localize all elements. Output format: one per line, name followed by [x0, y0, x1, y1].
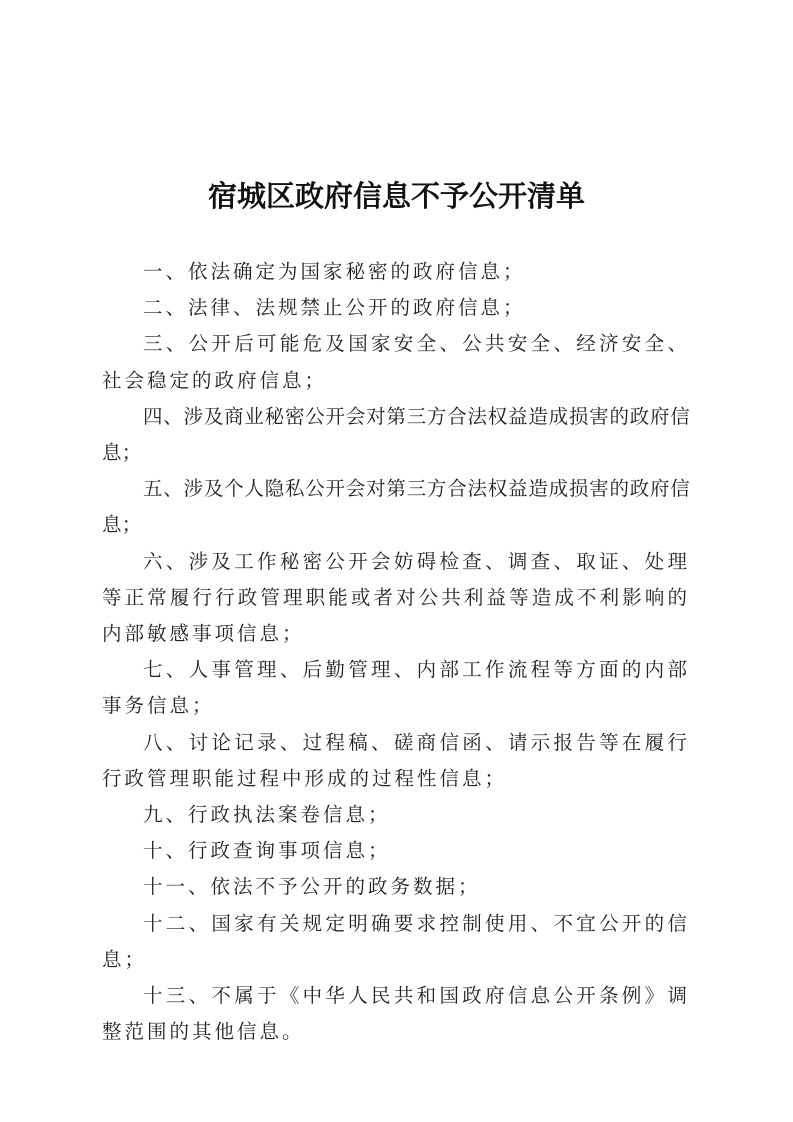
list-item-11: 十一、依法不予公开的政务数据； — [102, 869, 690, 905]
list-item-4: 四、涉及商业秘密公开会对第三方合法权益造成损害的政府信息； — [102, 399, 690, 471]
list-item-12: 十二、国家有关规定明确要求控制使用、不宜公开的信息； — [102, 906, 690, 978]
list-item-6: 六、涉及工作秘密公开会妨碍检查、调查、取证、处理等正常履行行政管理职能或者对公共… — [102, 544, 690, 653]
list-item-10: 十、行政查询事项信息； — [102, 833, 690, 869]
list-item-1: 一、依法确定为国家秘密的政府信息； — [102, 254, 690, 290]
document-page: 宿城区政府信息不予公开清单 一、依法确定为国家秘密的政府信息； 二、法律、法规禁… — [0, 0, 793, 1122]
list-item-13: 十三、不属于《中华人民共和国政府信息公开条例》调整范围的其他信息。 — [102, 978, 690, 1050]
list-item-8: 八、讨论记录、过程稿、磋商信函、请示报告等在履行行政管理职能过程中形成的过程性信… — [102, 725, 690, 797]
list-item-9: 九、行政执法案卷信息； — [102, 797, 690, 833]
list-item-7: 七、人事管理、后勤管理、内部工作流程等方面的内部事务信息； — [102, 652, 690, 724]
list-item-2: 二、法律、法规禁止公开的政府信息； — [102, 290, 690, 326]
list-item-3: 三、公开后可能危及国家安全、公共安全、经济安全、社会稳定的政府信息； — [102, 326, 690, 398]
document-title: 宿城区政府信息不予公开清单 — [0, 176, 793, 216]
list-item-5: 五、涉及个人隐私公开会对第三方合法权益造成损害的政府信息； — [102, 471, 690, 543]
document-body: 一、依法确定为国家秘密的政府信息； 二、法律、法规禁止公开的政府信息； 三、公开… — [102, 254, 690, 1050]
